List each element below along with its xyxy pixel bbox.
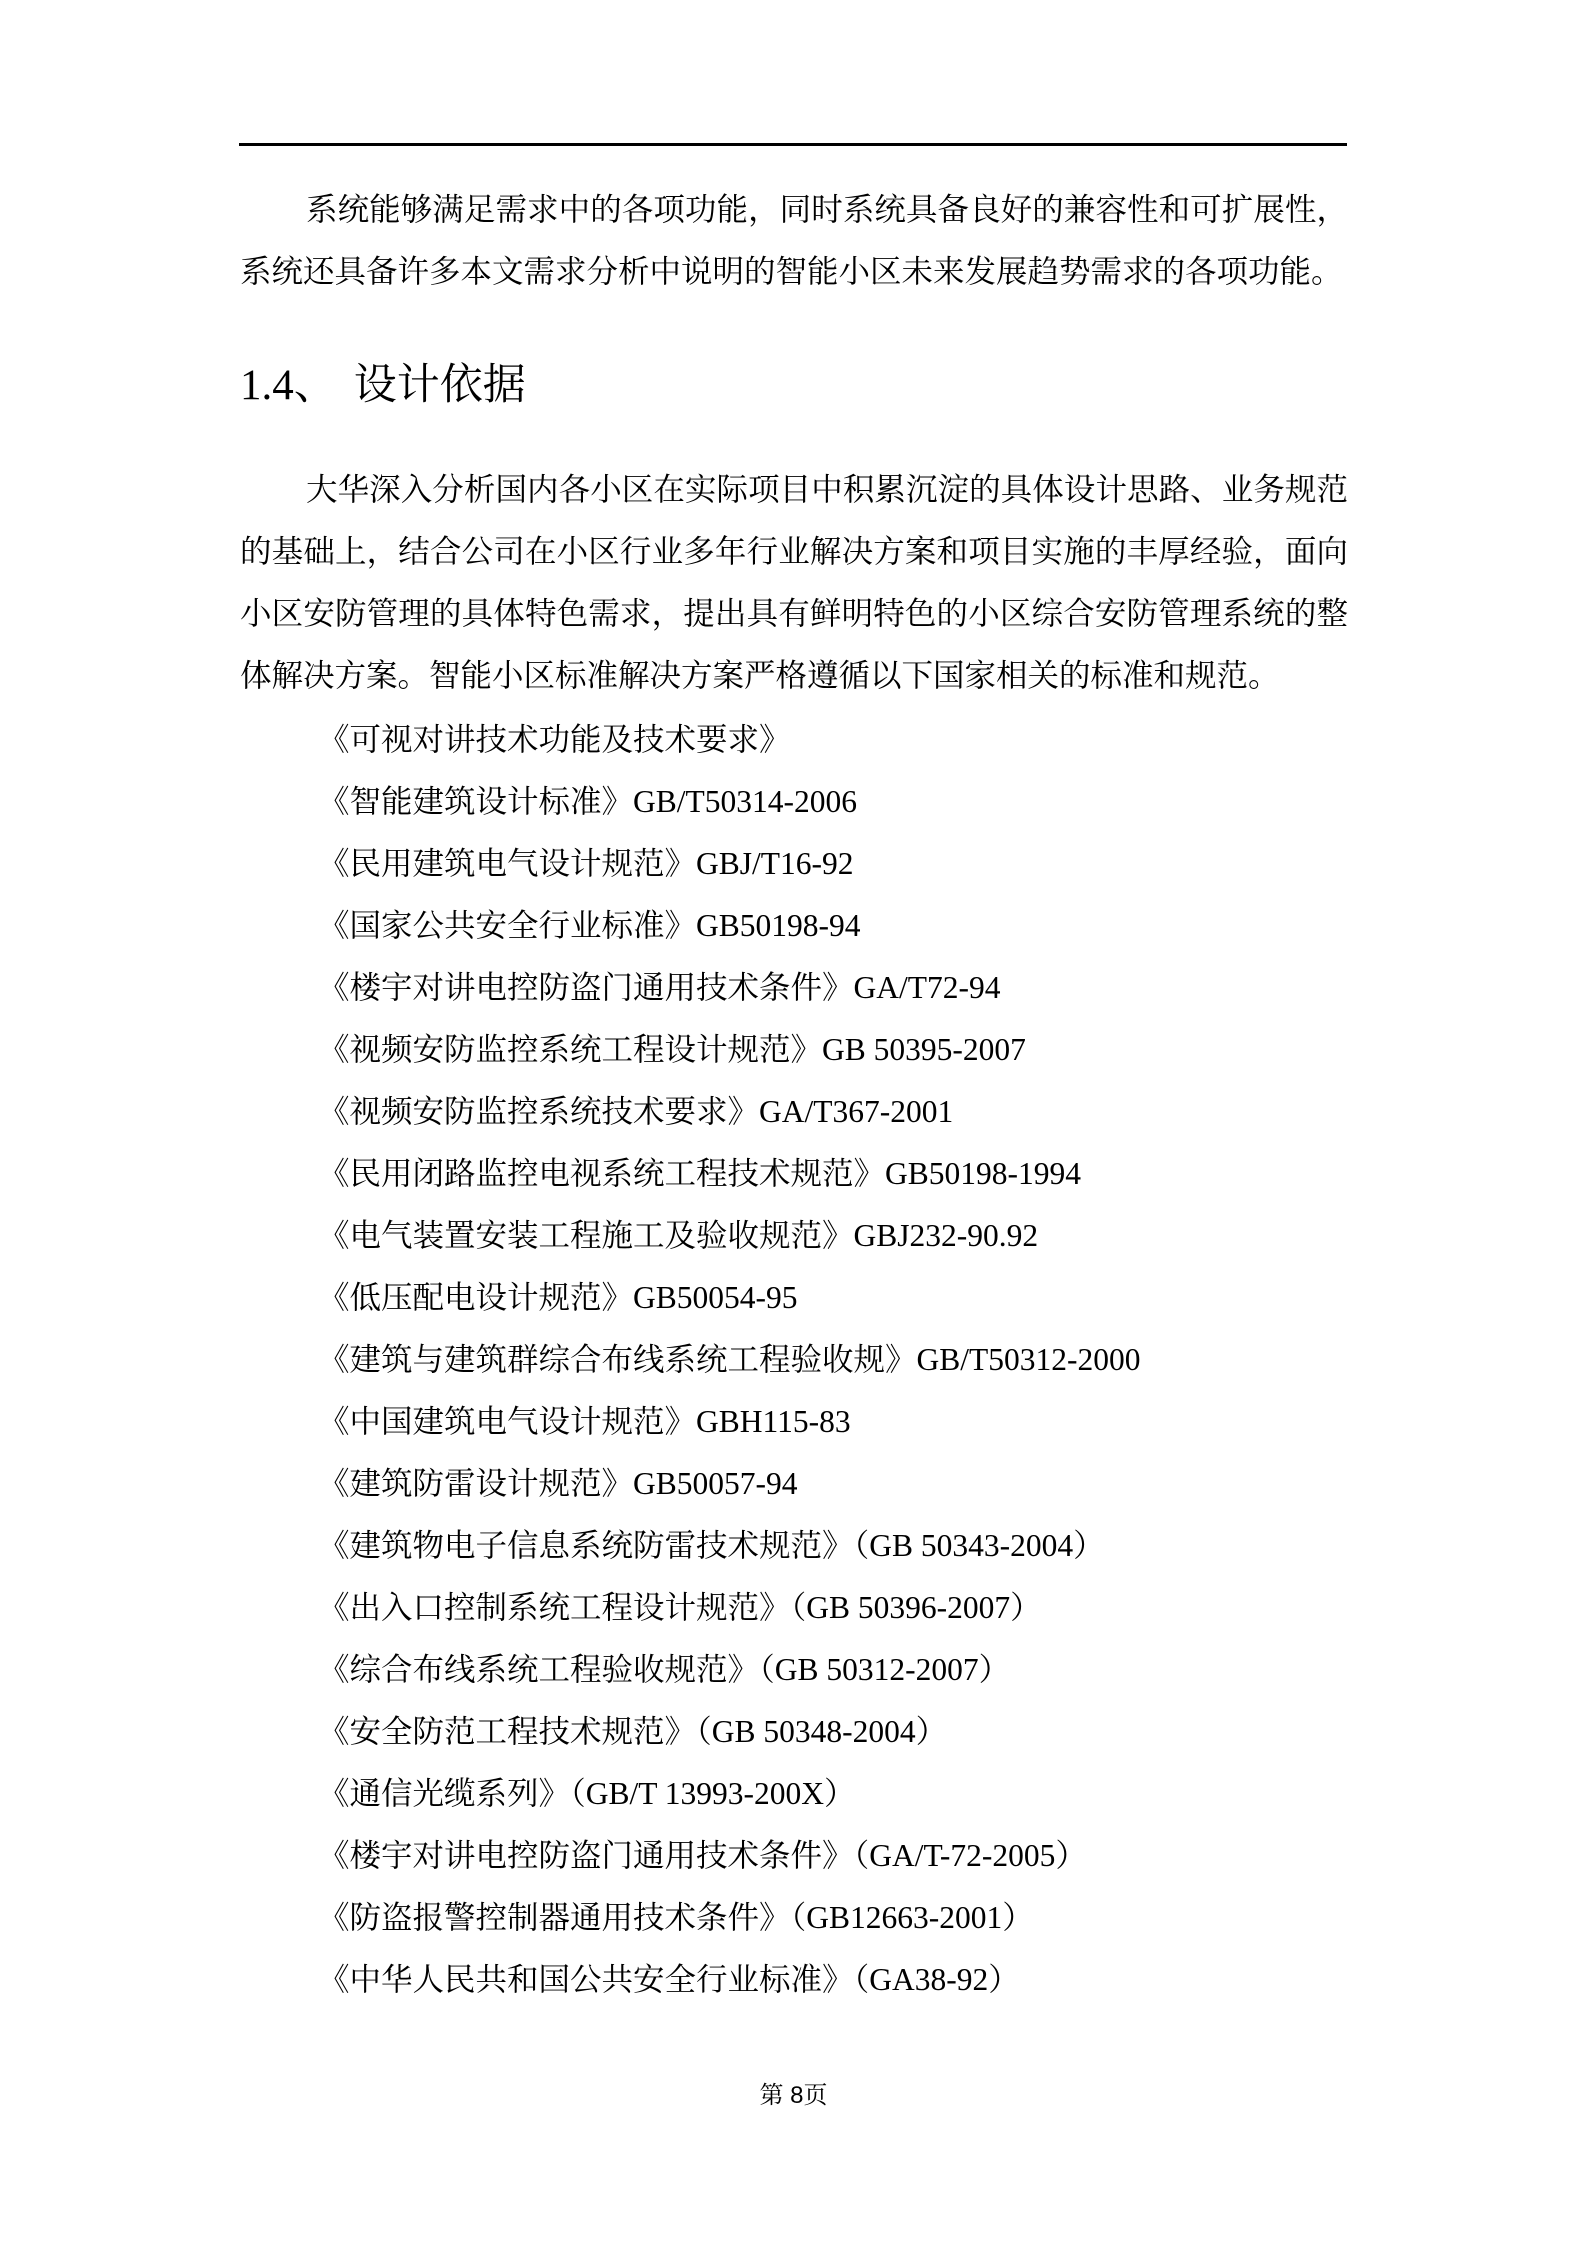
page-footer: 第 8页 — [0, 2081, 1587, 2111]
design-basis-paragraph: 大华深入分析国内各小区在实际项目中积累沉淀的具体设计思路、业务规范的基础上，结合… — [240, 459, 1348, 707]
section-title: 设计依据 — [354, 362, 526, 409]
document-page: 系统能够满足需求中的各项功能，同时系统具备良好的兼容性和可扩展性，系统还具备许多… — [0, 0, 1587, 2245]
page-number: 第 8页 — [759, 2082, 827, 2109]
standard-item: 《建筑防雷设计规范》GB50057-94 — [240, 1453, 1380, 1515]
section-number: 1.4、 — [240, 362, 337, 409]
standard-item: 《综合布线系统工程验收规范》（GB 50312-2007） — [240, 1639, 1380, 1701]
standard-item: 《低压配电设计规范》GB50054-95 — [240, 1267, 1380, 1329]
intro-paragraph: 系统能够满足需求中的各项功能，同时系统具备良好的兼容性和可扩展性，系统还具备许多… — [240, 179, 1348, 303]
standard-item: 《楼宇对讲电控防盗门通用技术条件》（GA/T-72-2005） — [240, 1825, 1380, 1887]
header-rule — [239, 143, 1347, 146]
standard-item: 《可视对讲技术功能及技术要求》 — [240, 709, 1380, 771]
standard-item: 《民用建筑电气设计规范》GBJ/T16-92 — [240, 833, 1380, 895]
standard-item: 《视频安防监控系统技术要求》GA/T367-2001 — [240, 1081, 1380, 1143]
section-heading: 1.4、设计依据 — [240, 355, 526, 417]
standard-item: 《出入口控制系统工程设计规范》（GB 50396-2007） — [240, 1577, 1380, 1639]
standard-item: 《建筑物电子信息系统防雷技术规范》（GB 50343-2004） — [240, 1515, 1380, 1577]
standard-item: 《中国建筑电气设计规范》GBH115-83 — [240, 1391, 1380, 1453]
standard-item: 《通信光缆系列》（GB/T 13993-200X） — [240, 1763, 1380, 1825]
standard-item: 《电气装置安装工程施工及验收规范》GBJ232-90.92 — [240, 1205, 1380, 1267]
standard-item: 《建筑与建筑群综合布线系统工程验收规》GB/T50312-2000 — [240, 1329, 1380, 1391]
standards-list: 《可视对讲技术功能及技术要求》 《智能建筑设计标准》GB/T50314-2006… — [240, 709, 1380, 2011]
standard-item: 《视频安防监控系统工程设计规范》GB 50395-2007 — [240, 1019, 1380, 1081]
standard-item: 《智能建筑设计标准》GB/T50314-2006 — [240, 771, 1380, 833]
standard-item: 《中华人民共和国公共安全行业标准》（GA38-92） — [240, 1949, 1380, 2011]
standard-item: 《安全防范工程技术规范》（GB 50348-2004） — [240, 1701, 1380, 1763]
standard-item: 《国家公共安全行业标准》GB50198-94 — [240, 895, 1380, 957]
standard-item: 《楼宇对讲电控防盗门通用技术条件》GA/T72-94 — [240, 957, 1380, 1019]
standard-item: 《防盗报警控制器通用技术条件》（GB12663-2001） — [240, 1887, 1380, 1949]
standard-item: 《民用闭路监控电视系统工程技术规范》GB50198-1994 — [240, 1143, 1380, 1205]
